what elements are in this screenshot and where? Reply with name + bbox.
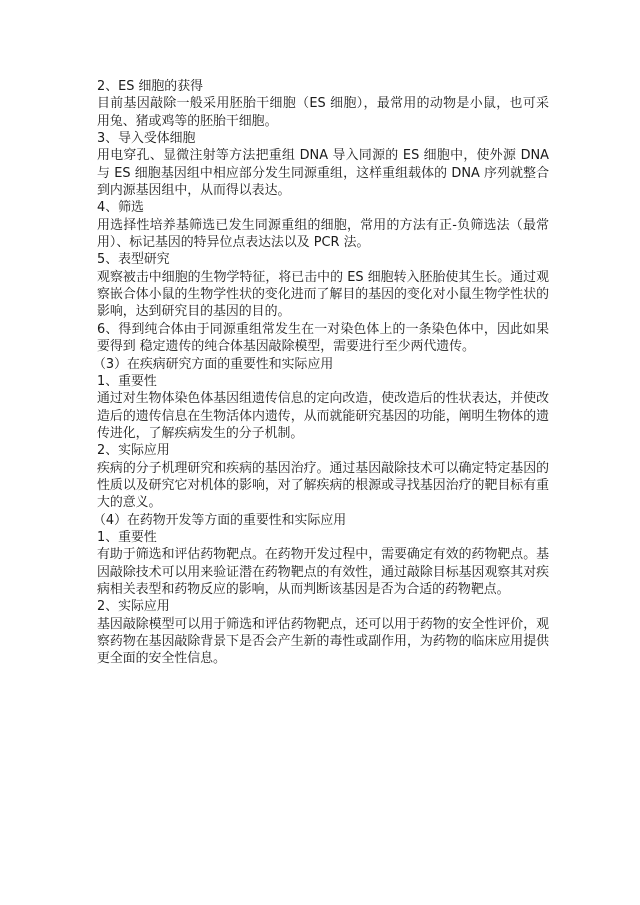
paragraph-application-drug: 基因敲除模型可以用于筛选和评估药物靶点，还可以用于药物的安全性评价，观察药物在基… — [97, 616, 549, 668]
heading-importance-drug: 1、重要性 — [97, 529, 549, 546]
section-disease-research: （3）在疾病研究方面的重要性和实际应用 — [93, 356, 549, 373]
document-page: 2、ES 细胞的获得 目前基因敲除一般采用胚胎干细胞（ES 细胞），最常用的动物… — [97, 78, 549, 668]
heading-application-disease: 2、实际应用 — [97, 442, 549, 459]
paragraph-es-cell-acquisition: 目前基因敲除一般采用胚胎干细胞（ES 细胞），最常用的动物是小鼠，也可采用兔、猪… — [97, 95, 549, 130]
heading-screening: 4、筛选 — [97, 199, 549, 216]
paragraph-phenotype-research: 观察被击中细胞的生物学特征，将已击中的 ES 细胞转入胚胎使其生长。通过观察嵌合… — [97, 269, 549, 321]
heading-application-drug: 2、实际应用 — [97, 598, 549, 615]
paragraph-importance-drug: 有助于筛选和评估药物靶点。在药物开发过程中，需要确定有效的药物靶点。基因敲除技术… — [97, 546, 549, 598]
section-drug-development: （4）在药物开发等方面的重要性和实际应用 — [93, 512, 549, 529]
heading-phenotype-research: 5、表型研究 — [97, 251, 549, 268]
paragraph-import-receptor-cell: 用电穿孔、显微注射等方法把重组 DNA 导入同源的 ES 细胞中，使外源 DNA… — [97, 147, 549, 199]
paragraph-screening: 用选择性培养基筛选已发生同源重组的细胞，常用的方法有正-负筛选法（最常用）、标记… — [97, 217, 549, 252]
paragraph-importance-disease: 通过对生物体染色体基因组遗传信息的定向改造，使改造后的性状表达，并使改造后的遗传… — [97, 390, 549, 442]
heading-es-cell-acquisition: 2、ES 细胞的获得 — [97, 78, 549, 95]
paragraph-homozygote: 6、得到纯合体由于同源重组常发生在一对染色体上的一条染色体中，因此如果要得到 稳… — [97, 321, 549, 356]
paragraph-application-disease: 疾病的分子机理研究和疾病的基因治疗。通过基因敲除技术可以确定特定基因的性质以及研… — [97, 460, 549, 512]
heading-import-receptor-cell: 3、导入受体细胞 — [97, 130, 549, 147]
heading-importance-disease: 1、重要性 — [97, 373, 549, 390]
